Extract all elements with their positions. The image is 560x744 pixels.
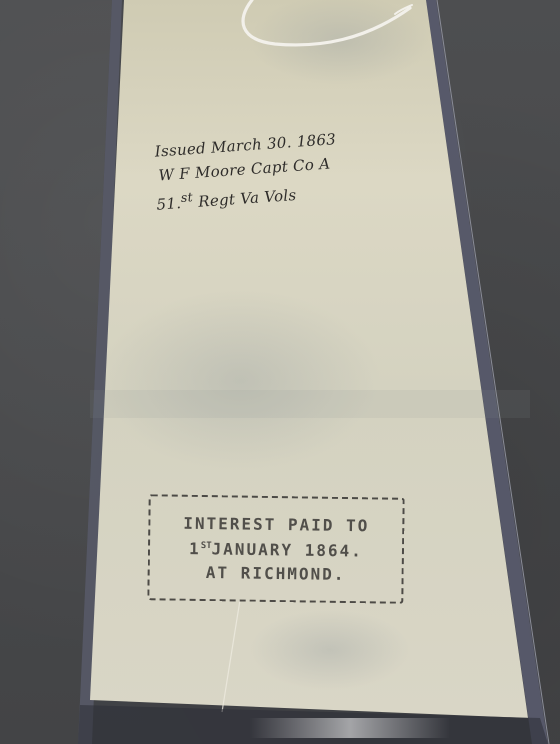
regiment-number: 51. [156,194,182,214]
stamp-day: 1 [189,539,201,558]
stamp-line-2: 1STJANUARY 1864. [189,535,363,563]
photo-scene: Issued March 30. 1863 W F Moore Capt Co … [0,0,560,744]
sleeve-and-paper [0,0,560,744]
interest-paid-stamp: INTEREST PAID TO 1STJANUARY 1864. AT RIC… [147,494,404,604]
stamp-line-3: AT RICHMOND. [206,561,346,586]
stamp-ordinal: ST [201,541,212,551]
stamp-date: JANUARY 1864. [211,540,362,561]
stamp-line-1: INTEREST PAID TO [183,512,369,538]
regiment-ordinal: st [180,189,193,205]
regiment-name: Regt Va Vols [193,186,297,211]
